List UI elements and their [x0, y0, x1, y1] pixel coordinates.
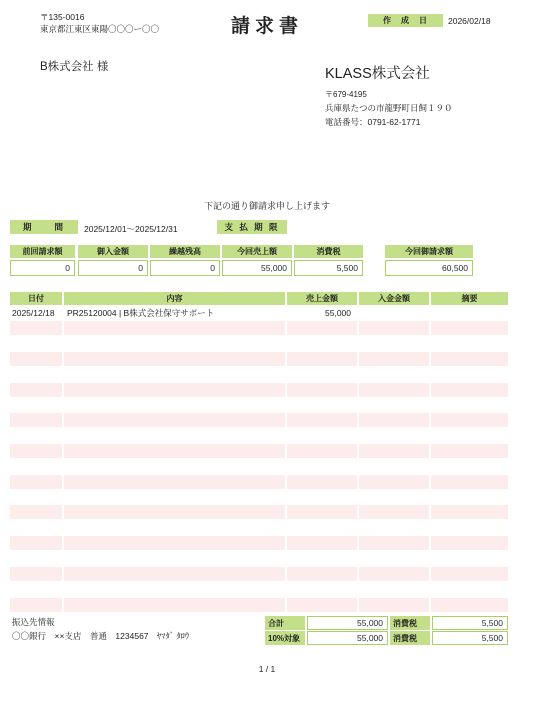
row-deposit-cell: [359, 321, 429, 335]
row-sales-cell: [287, 598, 357, 612]
page-number: 1 / 1: [0, 664, 534, 674]
totals-label-2: 消費税: [390, 616, 430, 630]
row-note-cell: [431, 367, 508, 381]
bank-info-detail: 〇〇銀行 ××支店 普通 1234567 ﾔﾏﾀﾞ ﾀﾛｳ: [12, 630, 189, 642]
row-note-cell: [431, 444, 508, 458]
row-sales-cell: [287, 413, 357, 427]
row-note-cell: [431, 521, 508, 535]
row-description-cell: PR25120004 | B株式会社保守サポート: [64, 306, 285, 320]
row-description-cell: [64, 567, 285, 581]
issue-date-value: 2026/02/18: [448, 16, 491, 26]
row-sales-cell: [287, 459, 357, 473]
table-row: 2025/12/18PR25120004 | B株式会社保守サポート55,000: [10, 306, 508, 321]
detail-table-body: 2025/12/18PR25120004 | B株式会社保守サポート55,000: [10, 306, 508, 614]
detail-header-0: 日付: [10, 292, 62, 305]
row-note-cell: [431, 352, 508, 366]
row-sales-cell: [287, 505, 357, 519]
row-note-cell: [431, 383, 508, 397]
summary-value-2: 0: [150, 260, 220, 276]
row-deposit-cell: [359, 352, 429, 366]
summary-header-2: 繰越残高: [150, 245, 220, 258]
row-sales-cell: [287, 321, 357, 335]
row-deposit-cell: [359, 413, 429, 427]
totals-value-1: 55,000: [307, 616, 388, 630]
row-sales-cell: [287, 521, 357, 535]
row-note-cell: [431, 598, 508, 612]
row-date-cell: [10, 321, 62, 335]
row-date-cell: [10, 567, 62, 581]
issue-date-label: 作 成 日: [368, 14, 443, 27]
table-row: [10, 367, 508, 382]
row-date-cell: [10, 536, 62, 550]
issuer-postal: 〒679-4195: [325, 89, 453, 100]
detail-header-3: 入金金額: [359, 292, 429, 305]
row-description-cell: [64, 413, 285, 427]
totals-value-1: 55,000: [307, 631, 388, 645]
totals-label-1: 10%対象: [265, 631, 305, 645]
row-deposit-cell: [359, 505, 429, 519]
row-date-cell: [10, 398, 62, 412]
row-note-cell: [431, 306, 508, 320]
row-deposit-cell: [359, 444, 429, 458]
table-row: [10, 398, 508, 413]
row-deposit-cell: [359, 475, 429, 489]
table-row: [10, 337, 508, 352]
row-description-cell: [64, 521, 285, 535]
summary-header-0: 前回請求額: [10, 245, 75, 258]
summary-value-3: 55,000: [222, 260, 292, 276]
row-sales-cell: [287, 383, 357, 397]
row-note-cell: [431, 459, 508, 473]
row-deposit-cell: [359, 383, 429, 397]
totals-label-2: 消費税: [390, 631, 430, 645]
row-sales-cell: [287, 337, 357, 351]
summary-header-4: 消費税: [294, 245, 363, 258]
row-deposit-cell: [359, 598, 429, 612]
table-row: [10, 383, 508, 398]
summary-header-1: 御入金額: [78, 245, 148, 258]
summary-value-1: 0: [78, 260, 148, 276]
row-deposit-cell: [359, 398, 429, 412]
row-sales-cell: [287, 444, 357, 458]
row-deposit-cell: [359, 536, 429, 550]
table-row: [10, 567, 508, 582]
row-note-cell: [431, 505, 508, 519]
row-deposit-cell: [359, 459, 429, 473]
row-note-cell: [431, 552, 508, 566]
row-sales-cell: [287, 398, 357, 412]
row-deposit-cell: [359, 306, 429, 320]
period-value: 2025/12/01～2025/12/31: [84, 223, 178, 235]
row-note-cell: [431, 536, 508, 550]
table-row: [10, 598, 508, 613]
table-row: [10, 321, 508, 336]
issuer-name: KLASS株式会社: [325, 62, 453, 83]
row-date-cell: [10, 413, 62, 427]
row-date-cell: [10, 444, 62, 458]
invoice-page: 〒135-0016 東京都江東区東陽〇〇〇ー〇〇 請求書 作 成 日 2026/…: [0, 0, 534, 702]
row-date-cell: [10, 521, 62, 535]
row-note-cell: [431, 398, 508, 412]
row-date-cell: [10, 352, 62, 366]
row-description-cell: [64, 598, 285, 612]
table-row: [10, 475, 508, 490]
customer-name: B株式会社 様: [40, 58, 108, 74]
issuer-phone: 電話番号：0791-62-1771: [325, 116, 453, 128]
row-date-cell: [10, 337, 62, 351]
row-deposit-cell: [359, 490, 429, 504]
row-date-cell: [10, 582, 62, 596]
table-row: [10, 552, 508, 567]
row-description-cell: [64, 367, 285, 381]
row-description-cell: [64, 459, 285, 473]
row-description-cell: [64, 337, 285, 351]
table-row: [10, 429, 508, 444]
table-row: [10, 459, 508, 474]
row-sales-cell: [287, 429, 357, 443]
row-description-cell: [64, 490, 285, 504]
table-row: [10, 521, 508, 536]
row-sales-cell: [287, 582, 357, 596]
row-note-cell: [431, 475, 508, 489]
row-description-cell: [64, 505, 285, 519]
detail-header-2: 売上金額: [287, 292, 357, 305]
row-date-cell: [10, 429, 62, 443]
row-description-cell: [64, 383, 285, 397]
table-row: [10, 505, 508, 520]
row-date-cell: [10, 598, 62, 612]
totals-label-1: 合計: [265, 616, 305, 630]
totals-value-2: 5,500: [432, 631, 508, 645]
greeting-text: 下記の通り御請求申し上げます: [0, 199, 534, 212]
row-description-cell: [64, 321, 285, 335]
row-description-cell: [64, 582, 285, 596]
row-date-cell: [10, 459, 62, 473]
detail-header-1: 内容: [64, 292, 285, 305]
table-row: [10, 536, 508, 551]
due-date-label: 支 払 期 限: [217, 220, 287, 234]
row-deposit-cell: [359, 582, 429, 596]
row-sales-cell: [287, 475, 357, 489]
row-note-cell: [431, 321, 508, 335]
row-note-cell: [431, 567, 508, 581]
period-label: 期 間: [10, 220, 78, 234]
summary-value-4: 5,500: [294, 260, 363, 276]
row-deposit-cell: [359, 521, 429, 535]
row-description-cell: [64, 398, 285, 412]
table-row: [10, 582, 508, 597]
row-date-cell: 2025/12/18: [10, 306, 62, 320]
table-row: [10, 490, 508, 505]
row-note-cell: [431, 429, 508, 443]
row-date-cell: [10, 475, 62, 489]
table-row: [10, 444, 508, 459]
row-note-cell: [431, 582, 508, 596]
issuer-block: KLASS株式会社 〒679-4195 兵庫県たつの市龍野町日飼１９０ 電話番号…: [325, 62, 453, 128]
row-deposit-cell: [359, 337, 429, 351]
row-sales-cell: [287, 352, 357, 366]
row-description-cell: [64, 552, 285, 566]
row-note-cell: [431, 490, 508, 504]
row-deposit-cell: [359, 429, 429, 443]
row-date-cell: [10, 490, 62, 504]
row-sales-cell: [287, 490, 357, 504]
bank-info-title: 振込先情報: [12, 616, 55, 628]
totals-value-2: 5,500: [432, 616, 508, 630]
row-sales-cell: 55,000: [287, 306, 357, 320]
summary-value-0: 0: [10, 260, 75, 276]
row-note-cell: [431, 413, 508, 427]
row-deposit-cell: [359, 552, 429, 566]
row-sales-cell: [287, 567, 357, 581]
row-deposit-cell: [359, 567, 429, 581]
row-deposit-cell: [359, 367, 429, 381]
row-date-cell: [10, 552, 62, 566]
detail-header-4: 摘要: [431, 292, 508, 305]
row-description-cell: [64, 475, 285, 489]
row-description-cell: [64, 536, 285, 550]
row-date-cell: [10, 505, 62, 519]
table-row: [10, 352, 508, 367]
row-description-cell: [64, 444, 285, 458]
table-row: [10, 413, 508, 428]
row-sales-cell: [287, 536, 357, 550]
summary-header-3: 今回売上額: [222, 245, 292, 258]
row-sales-cell: [287, 367, 357, 381]
grand-total-value: 60,500: [385, 260, 473, 276]
row-description-cell: [64, 352, 285, 366]
row-date-cell: [10, 383, 62, 397]
row-note-cell: [431, 337, 508, 351]
row-description-cell: [64, 429, 285, 443]
row-date-cell: [10, 367, 62, 381]
grand-total-label: 今回御請求額: [385, 245, 473, 258]
row-sales-cell: [287, 552, 357, 566]
issuer-address: 兵庫県たつの市龍野町日飼１９０: [325, 102, 453, 114]
